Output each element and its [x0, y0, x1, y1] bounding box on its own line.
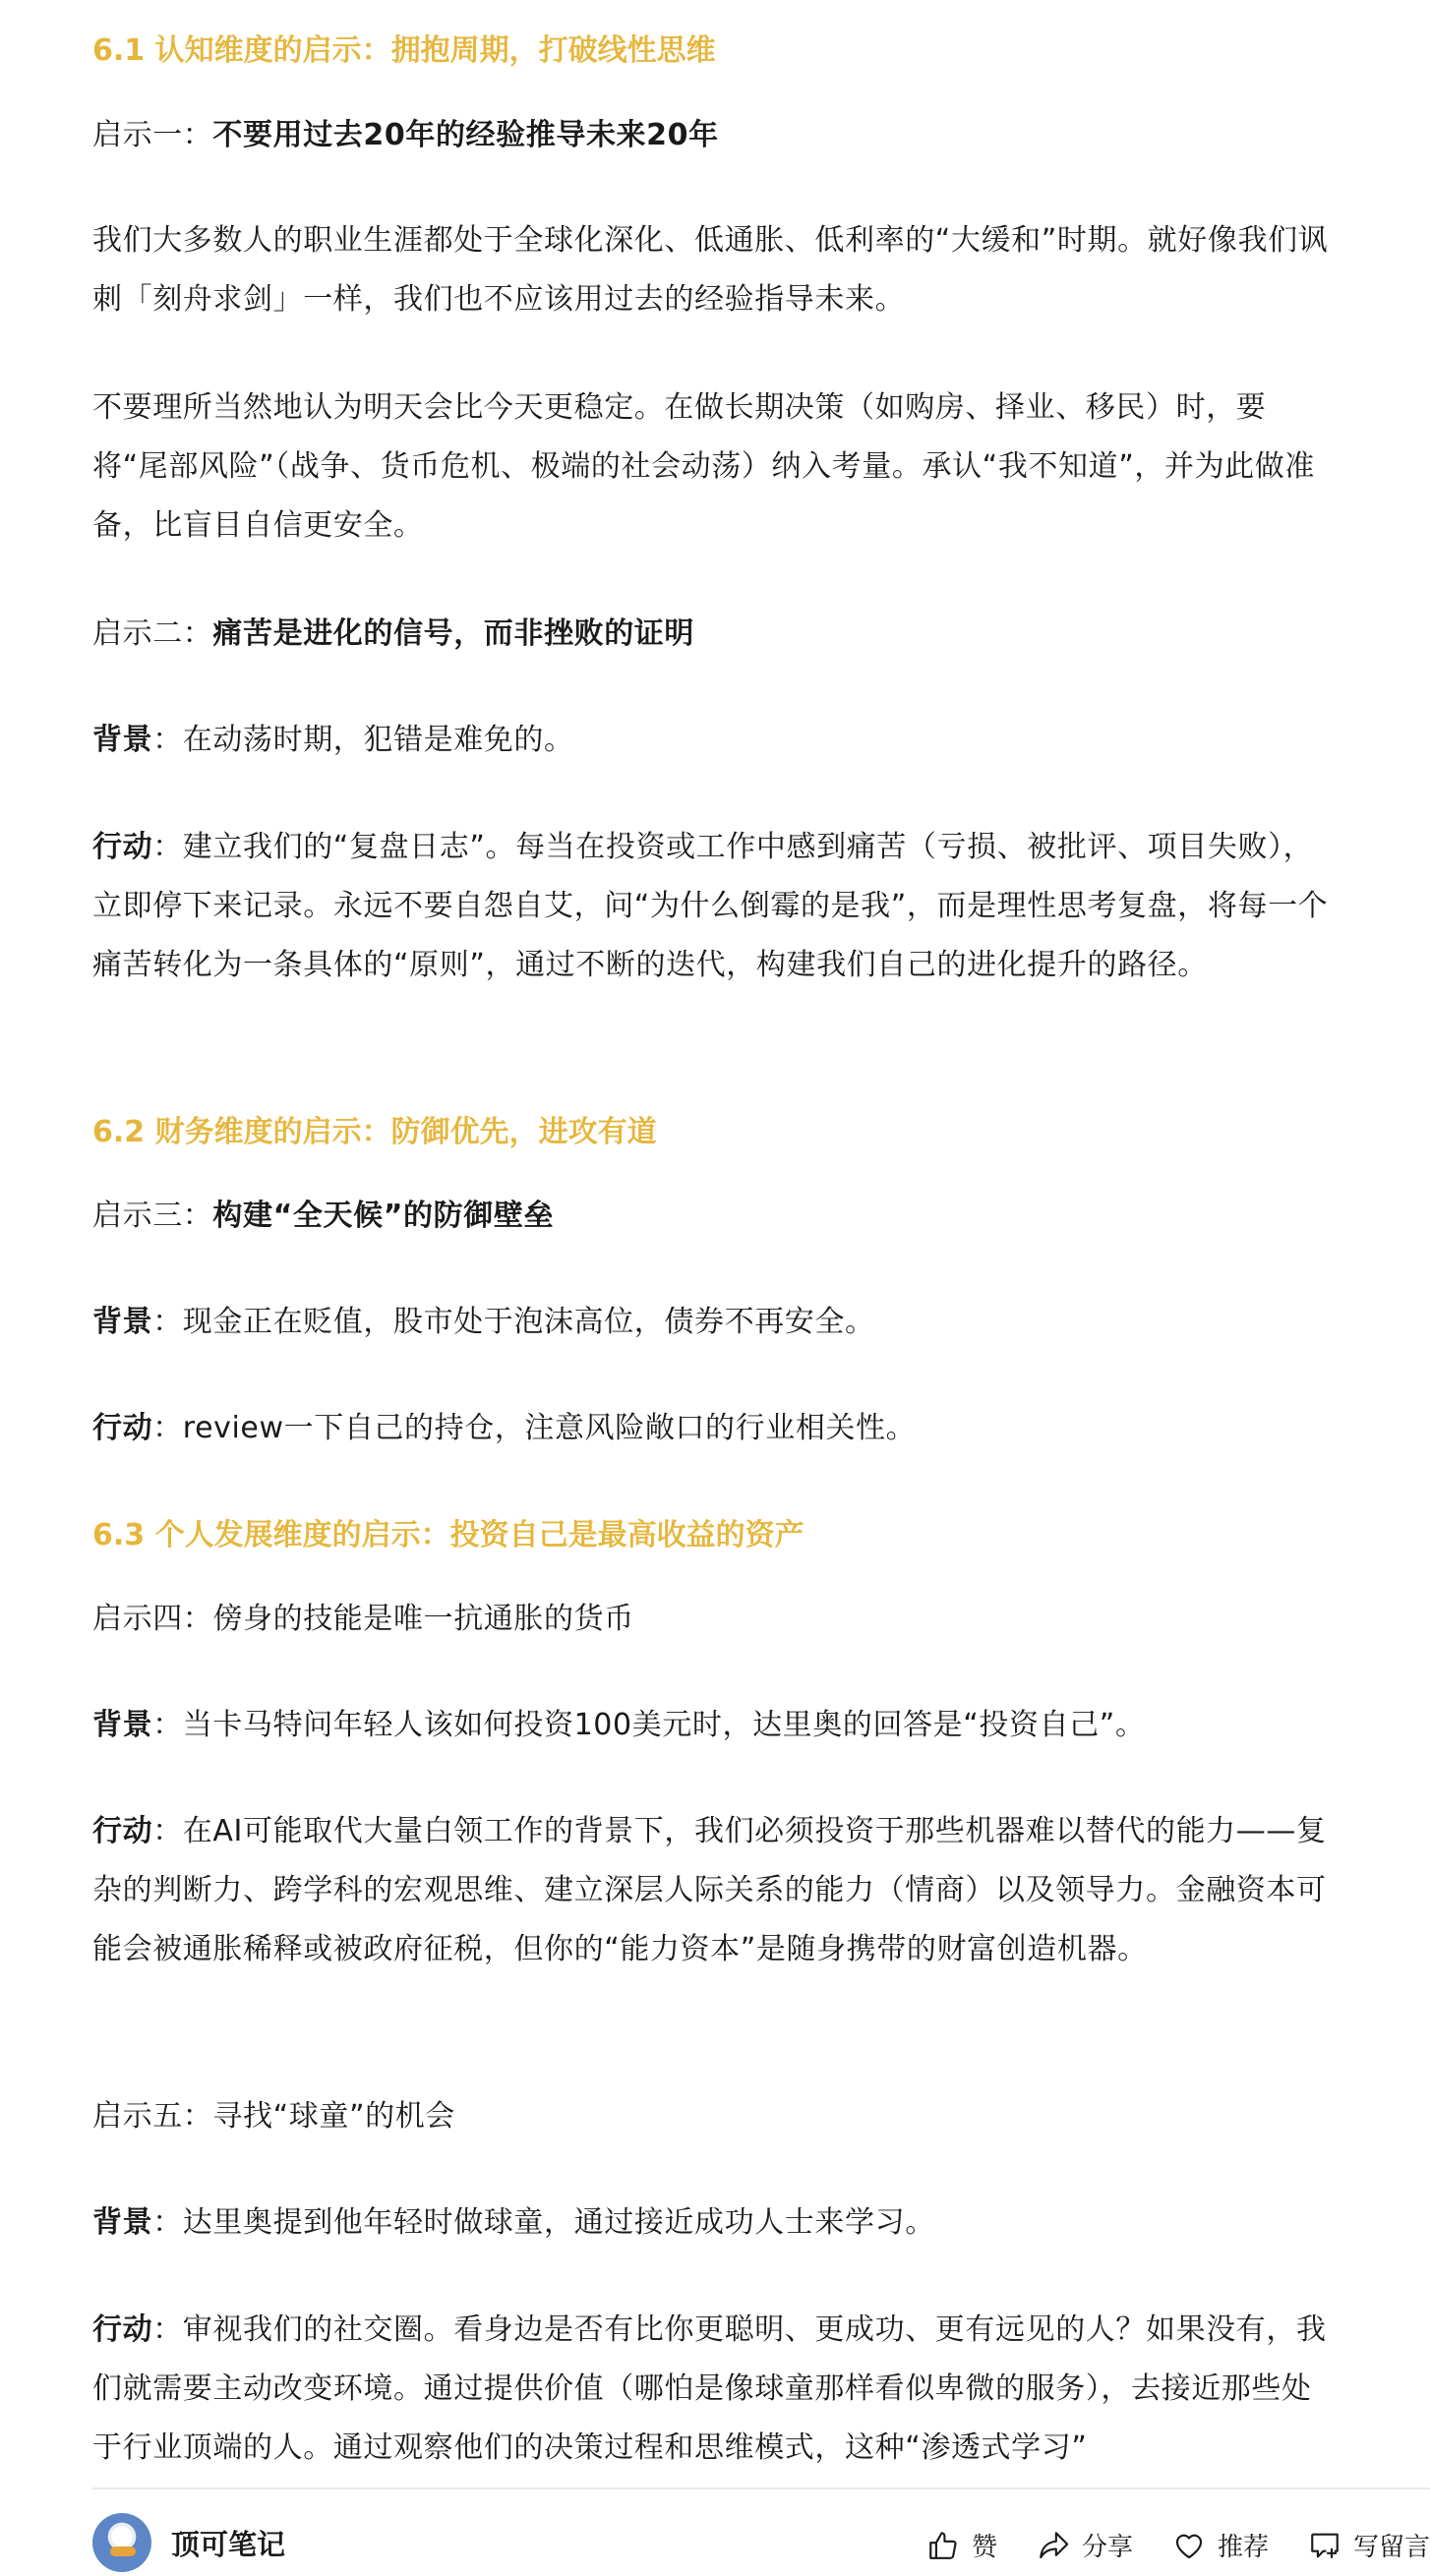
insight-title: 启示四：傍身的技能是唯一抗通胀的货币: [92, 1590, 634, 1649]
action-text: ：在AI可能取代大量白领工作的背景下，我们必须投资于那些机器难以替代的能力——复…: [92, 1814, 1327, 1966]
insight-title-text: 痛苦是进化的信号，而非挫败的证明: [212, 616, 694, 651]
action-bar: 赞 分享 推荐 写留言: [887, 2527, 1430, 2563]
paragraph: 我们大多数人的职业生涯都处于全球化深化、低通胀、低利率的“大缓和”时期。就好像我…: [92, 211, 1334, 329]
action-label: 行动: [92, 1814, 152, 1848]
action-paragraph: 行动：建立我们的“复盘日志”。每当在投资或工作中感到痛苦（亏损、被批评、项目失败…: [92, 818, 1334, 995]
insight-prefix: 启示四：: [92, 1602, 212, 1636]
action-text: ：建立我们的“复盘日志”。每当在投资或工作中感到痛苦（亏损、被批评、项目失败），…: [92, 830, 1328, 982]
share-button[interactable]: 分享: [1037, 2527, 1133, 2563]
heart-icon: [1172, 2529, 1206, 2562]
article-footer-bar: 顶可笔记 赞 分享 推荐 写留言: [92, 2488, 1430, 2576]
share-icon: [1037, 2529, 1070, 2562]
divider: [92, 2488, 1430, 2489]
donald-duck-avatar-icon: [110, 2547, 136, 2556]
insight-title: 启示一：不要用过去20年的经验推导未来20年: [92, 106, 719, 165]
background-text: ：在动荡时期，犯错是难免的。: [152, 723, 573, 757]
insight-prefix: 启示三：: [92, 1199, 212, 1233]
author-name[interactable]: 顶可笔记: [171, 2523, 285, 2563]
action-paragraph: 行动：审视我们的社交圈。看身边是否有比你更聪明、更成功、更有远见的人？如果没有，…: [92, 2301, 1334, 2478]
like-label: 赞: [972, 2527, 997, 2563]
background-text: ：现金正在贬值，股市处于泡沫高位，债券不再安全。: [152, 1305, 874, 1339]
insight-title-text: 寻找“球童”的机会: [212, 2099, 454, 2134]
background-label: 背景: [92, 723, 152, 757]
share-label: 分享: [1082, 2527, 1133, 2563]
background-label: 背景: [92, 1305, 152, 1339]
section-heading: 6.1 认知维度的启示：拥抱周期，打破线性思维: [92, 29, 716, 73]
insight-prefix: 启示一：: [92, 118, 212, 152]
insight-prefix: 启示二：: [92, 616, 212, 651]
action-paragraph: 行动：在AI可能取代大量白领工作的背景下，我们必须投资于那些机器难以替代的能力—…: [92, 1802, 1334, 1979]
section-heading-6-3: 6.3 个人发展维度的启示：投资自己是最高收益的资产: [92, 1514, 804, 1557]
like-button[interactable]: 赞: [926, 2527, 997, 2563]
background-text: ：当卡马特问年轻人该如何投资100美元时，达里奥的回答是“投资自己”。: [152, 1708, 1145, 1742]
background-paragraph: 背景：当卡马特问年轻人该如何投资100美元时，达里奥的回答是“投资自己”。: [92, 1696, 1146, 1755]
comment-label: 写留言: [1353, 2527, 1430, 2563]
action-label: 行动: [92, 2313, 152, 2347]
action-text: ：审视我们的社交圈。看身边是否有比你更聪明、更成功、更有远见的人？如果没有，我们…: [92, 2313, 1327, 2465]
insight-prefix: 启示五：: [92, 2099, 212, 2134]
paragraph: 不要理所当然地认为明天会比今天更稳定。在做长期决策（如购房、择业、移民）时，要将…: [92, 379, 1334, 556]
author-info[interactable]: 顶可笔记: [92, 2513, 285, 2572]
background-label: 背景: [92, 1708, 152, 1742]
background-paragraph: 背景：达里奥提到他年轻时做球童，通过接近成功人士来学习。: [92, 2194, 935, 2253]
background-paragraph: 背景：现金正在贬值，股市处于泡沫高位，债券不再安全。: [92, 1293, 875, 1352]
thumbs-up-icon: [926, 2529, 960, 2562]
background-paragraph: 背景：在动荡时期，犯错是难免的。: [92, 711, 574, 770]
insight-title: 启示二：痛苦是进化的信号，而非挫败的证明: [92, 605, 694, 664]
insight-title-text: 傍身的技能是唯一抗通胀的货币: [212, 1602, 633, 1636]
insight-title-text: 构建“全天候”的防御壁垒: [212, 1199, 554, 1233]
action-label: 行动: [92, 830, 152, 864]
paragraph-text: 不要理所当然地认为明天会比今天更稳定。在做长期决策（如购房、择业、移民）时，要将…: [92, 379, 1334, 556]
background-label: 背景: [92, 2205, 152, 2240]
comment-button[interactable]: 写留言: [1308, 2527, 1430, 2563]
insight-title-text: 不要用过去20年的经验推导未来20年: [212, 118, 718, 152]
section-heading: 6.2 财务维度的启示：防御优先，进攻有道: [92, 1111, 657, 1154]
background-text: ：达里奥提到他年轻时做球童，通过接近成功人士来学习。: [152, 2205, 935, 2240]
insight-title: 启示五：寻找“球童”的机会: [92, 2087, 455, 2146]
action-paragraph: 行动：review一下自己的持仓，注意风险敞口的行业相关性。: [92, 1399, 916, 1458]
comment-add-icon: [1308, 2529, 1341, 2562]
recommend-button[interactable]: 推荐: [1172, 2527, 1269, 2563]
paragraph-text: 我们大多数人的职业生涯都处于全球化深化、低通胀、低利率的“大缓和”时期。就好像我…: [92, 211, 1334, 329]
action-label: 行动: [92, 1411, 152, 1445]
recommend-label: 推荐: [1218, 2527, 1269, 2563]
avatar[interactable]: [92, 2513, 151, 2572]
action-text: ：review一下自己的持仓，注意风险敞口的行业相关性。: [152, 1411, 916, 1445]
section-heading-6-1: 6.1 认知维度的启示：拥抱周期，打破线性思维: [92, 29, 716, 73]
section-heading-6-2: 6.2 财务维度的启示：防御优先，进攻有道: [92, 1111, 657, 1154]
insight-title: 启示三：构建“全天候”的防御壁垒: [92, 1187, 554, 1246]
section-heading: 6.3 个人发展维度的启示：投资自己是最高收益的资产: [92, 1514, 804, 1557]
